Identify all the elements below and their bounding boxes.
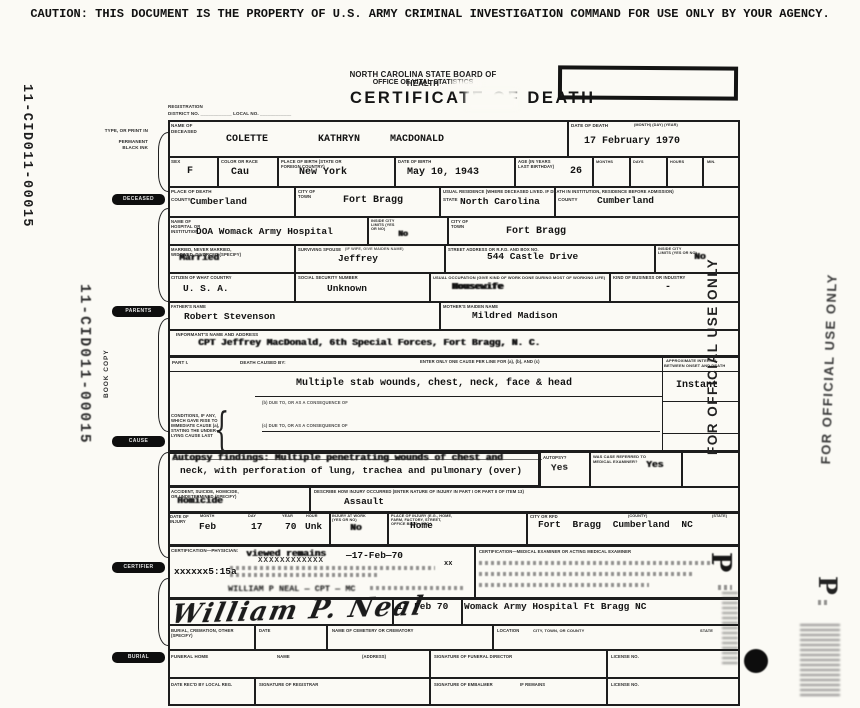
- injury-city-value: Fort Bragg Cumberland NC: [538, 519, 693, 530]
- citizen-label: CITIZEN OF WHAT COUNTRY: [171, 275, 232, 280]
- res-limits-label-2: LIMITS (YES OR NO): [658, 251, 697, 256]
- funeral-director-label: SIGNATURE OF FUNERAL DIRECTOR: [434, 654, 512, 659]
- referred-value: Yes: [646, 459, 663, 470]
- type-print-note-line2: PERMANENT: [96, 139, 148, 145]
- occupation-label: USUAL OCCUPATION (GIVE KIND OF WORK DONE…: [433, 275, 605, 280]
- spouse-value: Jeffrey: [338, 253, 378, 264]
- how-value: Assault: [344, 496, 384, 507]
- residence-county-label: COUNTY: [558, 197, 578, 203]
- me-dashed-line-3: [479, 583, 649, 587]
- due-to-c-label: (c) DUE TO, OR AS A CONSEQUENCE OF: [262, 423, 348, 428]
- conditions-brace: {: [214, 403, 229, 457]
- deceased-last-name: MACDONALD: [390, 134, 444, 145]
- residence-county-value: Cumberland: [597, 195, 654, 206]
- injury-year-header: YEAR: [282, 514, 293, 519]
- part2-findings-line2: neck, with perforation of lung, trachea …: [180, 465, 522, 476]
- enter-note-label: ENTER ONLY ONE CAUSE PER LINE FOR (a), (…: [420, 359, 540, 364]
- me-dashed-line-1: [479, 561, 714, 565]
- street-value: 544 Castle Drive: [487, 251, 578, 262]
- hospital-label-3: INSTITUTION: [171, 229, 198, 234]
- registrar-license-label: LICENSE NO.: [611, 682, 639, 687]
- side-tab-deceased: DECEASED: [112, 194, 165, 205]
- scanned-death-certificate-page: CAUTION: THIS DOCUMENT IS THE PROPERTY O…: [0, 0, 860, 708]
- funeral-home-label: FUNERAL HOME: [171, 654, 208, 660]
- side-tab-burial: BURIAL: [112, 652, 165, 663]
- cert-date-value: —17-Feb—70: [346, 550, 403, 561]
- hosp-limits-value: No: [398, 230, 408, 239]
- age-months-label: MONTHS: [596, 160, 613, 165]
- age-hours-label: HOURS: [670, 160, 684, 165]
- side-tab-parents: PARENTS: [112, 306, 165, 317]
- injury-place-value: Home: [410, 520, 433, 531]
- part2-findings-line1: Autopsy findings: Multiple penetrating w…: [172, 452, 503, 463]
- book-copy-label: BOOK COPY: [103, 349, 110, 398]
- death-county-label: COUNTY: [171, 197, 191, 203]
- burial-label-2: (SPECIFY): [171, 633, 193, 638]
- deceased-first-name: COLETTE: [226, 134, 268, 145]
- city-town-label-2: TOWN: [451, 224, 464, 229]
- residence-state-value: North Carolina: [460, 196, 540, 207]
- race-label: COLOR OR RACE: [221, 159, 258, 164]
- p-stamp-inner: P: [705, 552, 736, 572]
- injury-work-value: No: [350, 522, 361, 533]
- injury-day-header: DAY: [248, 514, 256, 519]
- funeral-license-label: LICENSE NO.: [611, 654, 639, 659]
- sex-value: F: [187, 166, 193, 177]
- cert-dashed-line-1: [230, 566, 435, 570]
- registration-local-label: DISTRICT NO. ____________ LOCAL NO. ____…: [168, 111, 291, 117]
- p-stamp-outer-dash: [818, 600, 830, 605]
- occupation-value: Housewife: [452, 281, 503, 292]
- form-edge-brace-2: [158, 208, 168, 302]
- burial-date-label: DATE: [259, 628, 271, 633]
- illegible-stamp-inner: [722, 592, 738, 664]
- cert-xx-mark: xx: [444, 560, 452, 568]
- deceased-middle-name: KATHRYN: [318, 134, 360, 145]
- date-received-label: DATE REC'D BY LOCAL REG.: [171, 682, 232, 687]
- injury-state-header: (STATE): [712, 514, 727, 519]
- marital-value: Married: [179, 252, 219, 263]
- cemetery-label: NAME OF CEMETERY OR CREMATORY: [332, 628, 413, 633]
- injury-hour-header: HOUR: [306, 514, 318, 519]
- manner-value: Homicide: [177, 495, 223, 506]
- for-official-use-only-inner: FOR OFFICIAL USE ONLY: [705, 258, 720, 455]
- injury-label-2: INJURY: [170, 519, 186, 524]
- father-value: Robert Stevenson: [184, 311, 275, 322]
- location-city-label: CITY, TOWN, OR COUNTY: [533, 628, 584, 633]
- funeral-name-label: NAME: [277, 654, 290, 659]
- ssn-label: SOCIAL SECURITY NUMBER: [298, 275, 358, 280]
- part1-label: PART I.: [172, 360, 188, 366]
- spouse-label-1: SURVIVING SPOUSE: [298, 247, 341, 252]
- place-of-death-header: PLACE OF DEATH: [171, 189, 212, 195]
- dod-label: DATE OF DEATH: [571, 123, 608, 129]
- due-to-b-label: (b) DUE TO, OR AS A CONSEQUENCE OF: [262, 400, 348, 405]
- interval-rule-2: [662, 433, 740, 434]
- sex-label: SEX: [171, 159, 180, 165]
- embalmer-signature-label: SIGNATURE OF EMBALMER: [434, 682, 493, 687]
- crossout-xs: XXXXXXXXXXXX: [258, 557, 324, 565]
- autopsy-label: AUTOPSY?: [543, 455, 567, 460]
- mother-value: Mildred Madison: [472, 310, 558, 321]
- dob-label: DATE OF BIRTH: [398, 159, 431, 164]
- cert-dashed-line-3: [370, 586, 465, 590]
- injury-day-value: 17: [251, 521, 262, 532]
- scan-smudge-office: [452, 80, 482, 89]
- how-label: DESCRIBE HOW INJURY OCCURRED (ENTER NATU…: [314, 489, 524, 494]
- form-edge-brace-3: [158, 318, 168, 432]
- physician-address-value: Womack Army Hospital Ft Bragg NC: [464, 601, 646, 612]
- informant-value: CPT Jeffrey MacDonald, 6th Special Force…: [198, 337, 540, 348]
- immediate-cause-value: Multiple stab wounds, chest, neck, face …: [296, 378, 572, 389]
- name-label-2: DECEASED: [171, 129, 197, 135]
- doc-id-stamp-top: 11-CID011-00015: [19, 84, 34, 228]
- type-print-note-line1: TYPE, OR PRINT IN: [96, 128, 148, 134]
- father-label: FATHER'S NAME: [171, 304, 206, 309]
- death-city-label-2: TOWN: [298, 194, 311, 199]
- funeral-address-label: (ADDRESS): [362, 654, 386, 659]
- cell-part2-right: [682, 452, 740, 487]
- part2-overstrike: [174, 459, 542, 460]
- for-official-use-only-outer: FOR OFFICIAL USE ONLY: [818, 273, 840, 465]
- p-stamp-outer: P: [813, 576, 842, 595]
- cause-line-c-rule: [262, 431, 660, 432]
- cause-header-rule: [168, 371, 740, 372]
- p-stamp-inner-dash: [718, 585, 732, 590]
- residence-header: USUAL RESIDENCE (WHERE DECEASED LIVED. I…: [443, 189, 674, 194]
- city-town-value: Fort Bragg: [506, 226, 566, 237]
- age-value: 26: [570, 166, 582, 177]
- res-limits-value: No: [694, 251, 705, 262]
- doc-id-stamp-bottom: 11-CID011-00015: [76, 284, 92, 445]
- hosp-limits-label-3: OR NO): [371, 227, 385, 232]
- side-tab-certifier: CERTIFIER: [112, 562, 165, 573]
- injury-month-header: MONTH: [200, 514, 214, 519]
- hospital-value: DOA Womack Army Hospital: [196, 226, 333, 237]
- date-of-death-value: 17 February 1970: [584, 136, 680, 147]
- death-county-value: Cumberland: [190, 196, 247, 207]
- date-of-birth-value: May 10, 1943: [407, 167, 479, 178]
- hole-punch-dot: [744, 649, 768, 673]
- if-remains-label: IF REMAINS: [520, 682, 545, 687]
- age-label-2: LAST BIRTHDAY): [518, 164, 554, 169]
- cert-time-value: xxxxxx5:15a: [174, 566, 237, 577]
- date-signed-value: 17 Feb 70: [397, 601, 448, 612]
- form-edge-brace-1: [158, 132, 168, 192]
- form-edge-brace-5: [158, 578, 168, 646]
- ssn-value: Unknown: [327, 283, 367, 294]
- type-print-note-line3: BLACK INK: [96, 145, 148, 151]
- conditions-label-5: LYING CAUSE LAST: [171, 433, 213, 438]
- typed-physician-name: WILLIAM P NEAL — CPT — MC: [228, 584, 356, 594]
- mother-label: MOTHER'S MAIDEN NAME: [443, 304, 498, 309]
- injury-hour-value: Unk: [305, 521, 322, 532]
- header-office-line: OFFICE OF VITAL STATISTICS: [333, 79, 513, 86]
- dod-sublabel: (MONTH) (DAY) (YEAR): [634, 123, 678, 128]
- form-edge-brace-4: [158, 452, 168, 558]
- caution-banner: CAUTION: THIS DOCUMENT IS THE PROPERTY O…: [0, 7, 860, 21]
- industry-label: KIND OF BUSINESS OR INDUSTRY: [613, 275, 685, 280]
- citizen-value: U. S. A.: [183, 283, 229, 294]
- autopsy-value: Yes: [551, 462, 569, 474]
- interval-rule-1: [662, 401, 740, 402]
- cert-dashed-line-2: [230, 573, 380, 577]
- injury-month-value: Feb: [199, 521, 216, 532]
- registrar-signature-label: SIGNATURE OF REGISTRAR: [259, 682, 318, 687]
- name-label-1: NAME OF: [171, 123, 192, 129]
- injury-year-value: 70: [285, 521, 296, 532]
- location-label: LOCATION: [497, 628, 519, 633]
- registration-number-box: [558, 65, 738, 100]
- spouse-label-2: (IF WIFE, GIVE MAIDEN NAME): [345, 247, 404, 252]
- scan-smudge-title: [466, 90, 518, 109]
- registration-district-label: REGISTRATION: [168, 104, 203, 110]
- age-min-label: MIN.: [707, 160, 715, 165]
- cell-city-or-town: [448, 217, 740, 245]
- cause-line-a-rule: [255, 396, 662, 397]
- referred-label-2: MEDICAL EXAMINER?: [593, 459, 638, 464]
- race-value: Cau: [231, 167, 249, 178]
- location-state-label: STATE: [700, 628, 713, 633]
- industry-value: -: [665, 282, 671, 293]
- age-days-label: DAYS: [633, 160, 644, 165]
- side-tab-cause: CAUSE: [112, 436, 165, 447]
- illegible-stamp-outer: [800, 624, 840, 696]
- death-city-value: Fort Bragg: [343, 195, 403, 206]
- death-caused-by-label: DEATH CAUSED BY:: [240, 360, 286, 366]
- cert-me-label: CERTIFICATION—MEDICAL EXAMINER OR ACTING…: [479, 549, 631, 554]
- birthplace-value: New York: [299, 167, 347, 178]
- me-dashed-line-2: [479, 572, 694, 576]
- residence-state-label: STATE: [443, 197, 458, 203]
- cert-physician-label: CERTIFICATION—PHYSICIAN:: [171, 548, 238, 554]
